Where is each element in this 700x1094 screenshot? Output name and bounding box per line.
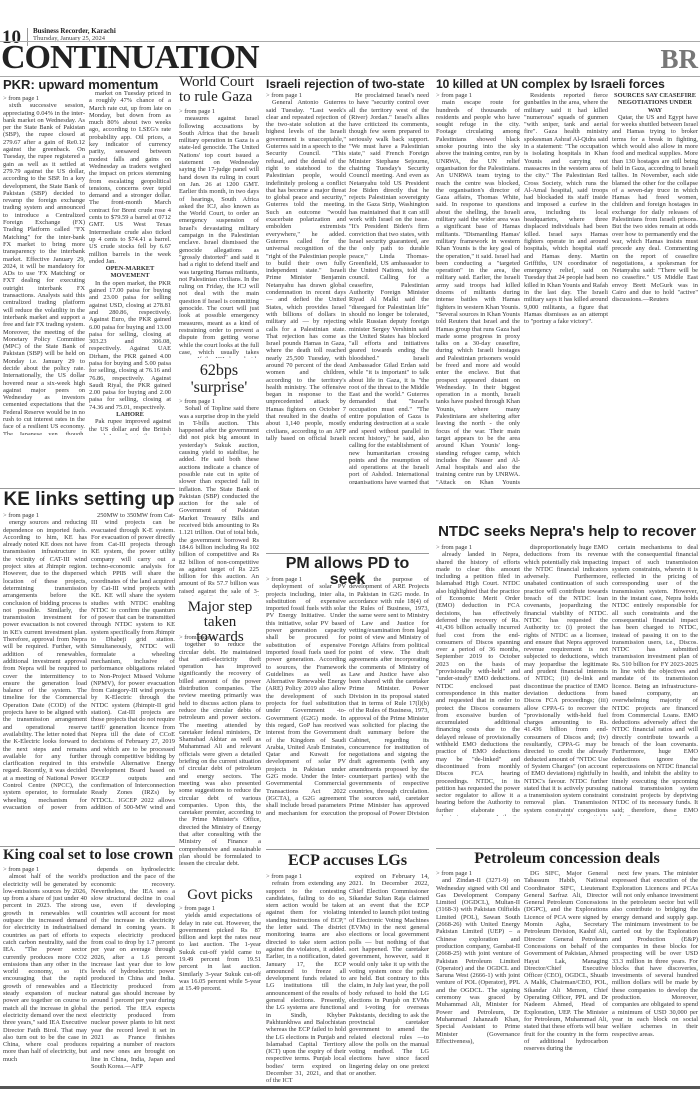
article-text: In the open market, the PKR gained 17.00… [89, 280, 171, 411]
article-un-complex-col1: > from page 1 main escape route for hund… [436, 92, 520, 487]
article-ecp-col1: > from page 1 refrain from extending any… [266, 873, 346, 1083]
article-israeli-rejection-col2: He proclaimed Israel's need to have "sec… [349, 92, 429, 484]
from-page-ref: > from page 1 [266, 576, 346, 583]
article-ntdc-col3: certain mechanisms to deal with the cons… [612, 544, 698, 816]
article-ntdc-col1: > from page 1 already landed in Nepra, s… [436, 544, 520, 816]
article-text: market on Tuesday priced in a roughly 47… [89, 90, 171, 265]
headline-ke-links: KE links setting up [3, 490, 175, 509]
article-text: Residents reported fierce gunbattles in … [524, 92, 608, 326]
divider [266, 553, 429, 554]
section-title: CONTINUATION [1, 41, 259, 75]
from-page-ref: > from page 1 [436, 870, 520, 877]
from-page-ref: > from page 1 [266, 92, 346, 99]
article-text: depends on hydroelectric production and … [91, 866, 175, 1070]
article-world-court: > from page 1 measures against Israel fo… [179, 108, 259, 358]
article-text: next few years. The minister expressed t… [612, 870, 698, 1038]
headline-ntdc: NTDC seeks Nepra's help to recover [436, 524, 698, 539]
article-62bps: > from page 1 Sohail of Topline said the… [179, 398, 259, 596]
article-text: Pak rupee improved against the US dollar… [89, 418, 171, 435]
article-ke-links-col1: > from page 1 energy sources and reducin… [3, 512, 87, 810]
article-text: He proclaimed Israel's need to have "sec… [349, 92, 429, 484]
article-text: Qatar, the US and Egypt have for weeks s… [612, 114, 698, 304]
article-un-complex-col3: SOURCES SAY CEASEFIRE NEGOTIATIONS UNDER… [612, 92, 698, 487]
publication-name: Business Recorder, Karachi [33, 27, 116, 35]
headline-govt-picks: Govt picks [179, 888, 261, 903]
article-ke-links-col2: 250MW to 350MW from Cat-III wind project… [91, 512, 175, 810]
subhead-ceasefire: SOURCES SAY CEASEFIRE NEGOTIATIONS UNDER… [612, 92, 698, 114]
article-text: and Zindan-II (3271-9) on Wednesday sign… [436, 877, 520, 1045]
article-text: disproportionately huge EMO deductions f… [524, 544, 608, 816]
subhead-open-market: OPEN-MARKET MOVEMENT [89, 265, 171, 280]
article-ecp-col2: expired on February 14, 2021. In Decembe… [349, 873, 429, 1083]
headline-israeli-rejection: Israeli rejection of two-state [266, 78, 425, 90]
article-text: main escape route for hundreds of thousa… [436, 99, 520, 487]
article-text: almost half of the world's electricity w… [3, 873, 87, 1063]
from-page-ref: > from page 1 [179, 905, 261, 912]
headline-world-court: World Court to rule Gaza [179, 75, 259, 105]
article-petroleum-col1: > from page 1 and Zindan-II (3271-9) on … [436, 870, 520, 1083]
article-text: DG SIFC, Major General Tabassum Habib, N… [524, 870, 608, 1052]
from-page-ref: > from page 1 [3, 512, 87, 519]
subhead-lahore: LAHORE [89, 411, 171, 418]
article-israeli-rejection-col1: > from page 1 General Antonio Guterres s… [266, 92, 346, 442]
headline-ecp: ECP accuses LGs [266, 853, 429, 869]
article-major-step: > from page 1 together to reduce the cir… [179, 634, 261, 884]
from-page-ref: > from page 1 [179, 634, 261, 641]
article-text: General Antonio Guterres said Tuesday. "… [266, 99, 346, 442]
from-page-ref: > from page 1 [179, 398, 259, 405]
from-page-ref: > from page 1 [3, 95, 85, 102]
article-text: measures against Israel following accusa… [179, 115, 259, 358]
article-govt-picks: > from page 1 yields amid expectations o… [179, 905, 261, 1083]
from-page-ref: > from page 1 [266, 873, 346, 880]
article-text: energy sources and reducing dependence o… [3, 519, 87, 810]
headline-un-complex: 10 killed at UN complex by Israeli force… [436, 78, 665, 90]
article-pkr-col2: market on Tuesday priced in a roughly 47… [89, 90, 171, 435]
article-text: Sohail of Topline said there was a surpr… [179, 405, 259, 596]
headline-62bps: 62bps 'surprise' [179, 362, 259, 396]
article-text: for the purpose of development of ARE Pr… [349, 576, 429, 816]
article-text: already landed in Nepra, shared the hist… [436, 551, 520, 816]
article-un-complex-col2: Residents reported fierce gunbattles in … [524, 92, 608, 487]
article-petroleum-col3: next few years. The minister expressed t… [612, 870, 698, 1083]
article-text: yields amid expectations of delay in rat… [179, 912, 261, 992]
article-text: certain mechanisms to deal with the cons… [612, 544, 698, 816]
article-text: 250MW to 350MW from Cat-III wind project… [91, 512, 175, 810]
article-pm-allows-col2: for the purpose of development of ARE Pr… [349, 576, 429, 816]
article-ntdc-col2: disproportionately huge EMO deductions f… [524, 544, 608, 816]
article-king-coal-col1: > from page 1 almost half of the world's… [3, 866, 87, 1081]
headline-petroleum: Petroleum concession deals [436, 851, 698, 867]
from-page-ref: > from page 1 [436, 92, 520, 99]
article-petroleum-col2: DG SIFC, Major General Tabassum Habib, N… [524, 870, 608, 1083]
from-page-ref: > from page 1 [3, 866, 87, 873]
divider [436, 848, 700, 849]
headline-king-coal: King coal set to lose crown [3, 848, 175, 863]
article-text: expired on February 14, 2021. In Decembe… [349, 873, 429, 1077]
article-pm-allows-col1: > from page 1 deployment of solar PV pro… [266, 576, 346, 816]
from-page-ref: > from page 1 [179, 108, 259, 115]
from-page-ref: > from page 1 [436, 544, 520, 551]
divider [429, 488, 700, 489]
article-text: together to reduce the circular debt. He… [179, 641, 261, 867]
article-king-coal-col2: depends on hydroelectric production and … [91, 866, 175, 1081]
article-pkr-col1: > from page 1 sixth successive session, … [3, 95, 85, 435]
page-bottom-rule [0, 1086, 700, 1089]
divider [266, 849, 429, 850]
article-text: deployment of solar PV projects includin… [266, 583, 346, 816]
article-text: sixth successive session, appreciating 0… [3, 102, 85, 435]
article-text: refrain from extending any support to th… [266, 880, 346, 1083]
br-logo: BR [660, 44, 698, 75]
